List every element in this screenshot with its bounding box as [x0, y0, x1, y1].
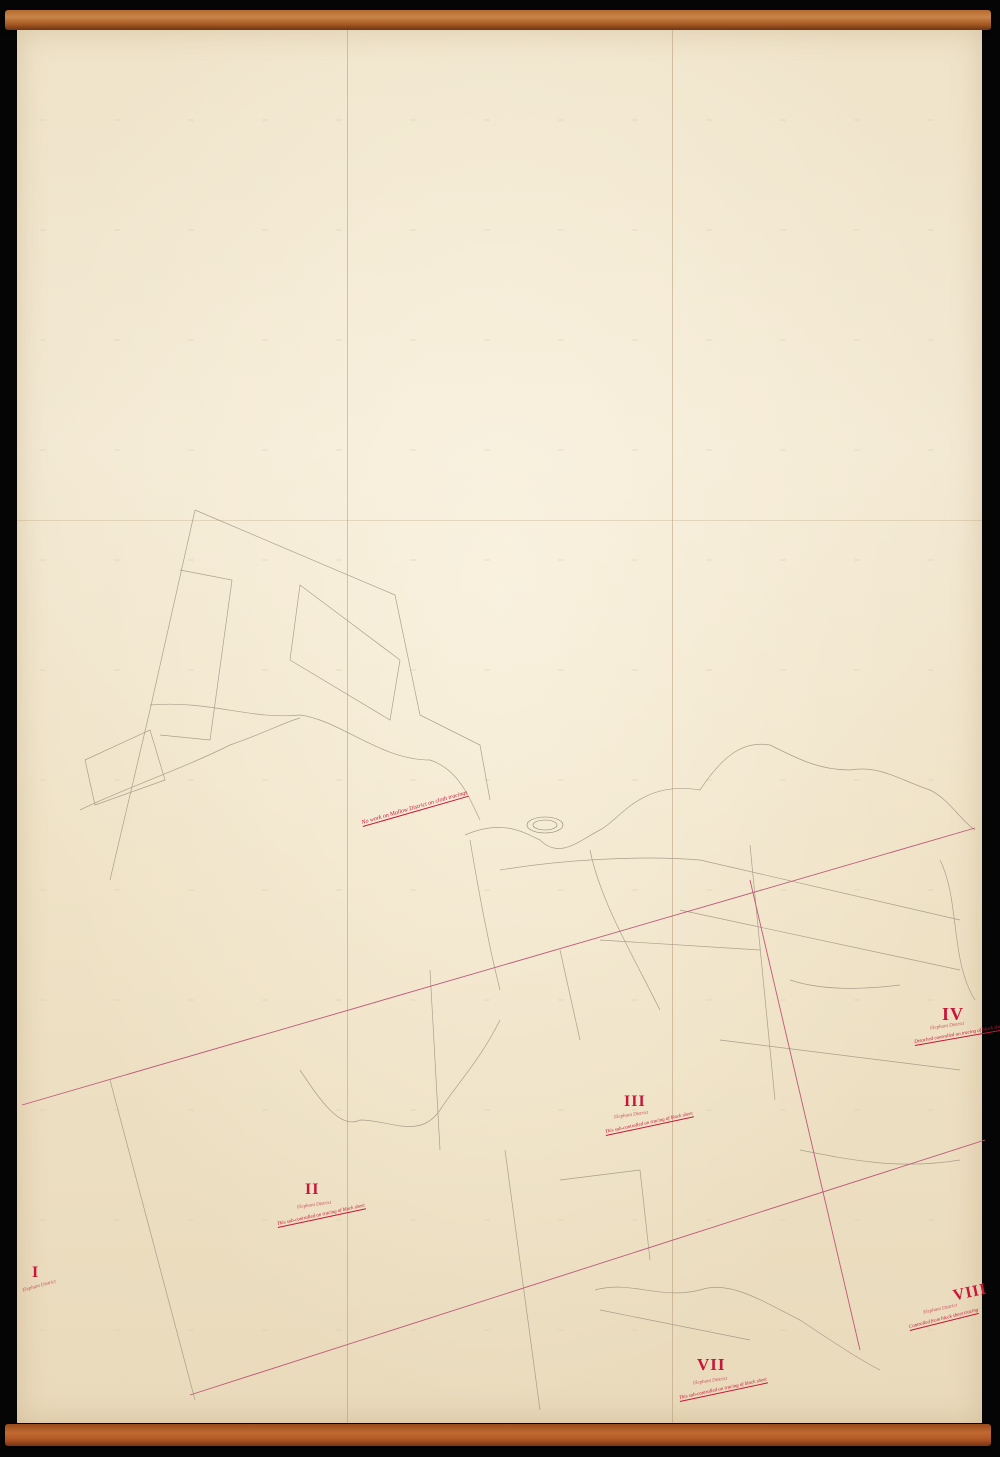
bottom-roller [5, 1424, 991, 1446]
district-numeral: III [624, 1093, 646, 1111]
survey-linework [0, 0, 1000, 1457]
district-numeral: VII [697, 1355, 726, 1375]
district-numeral: II [305, 1181, 319, 1199]
district-numeral: I [32, 1264, 39, 1282]
